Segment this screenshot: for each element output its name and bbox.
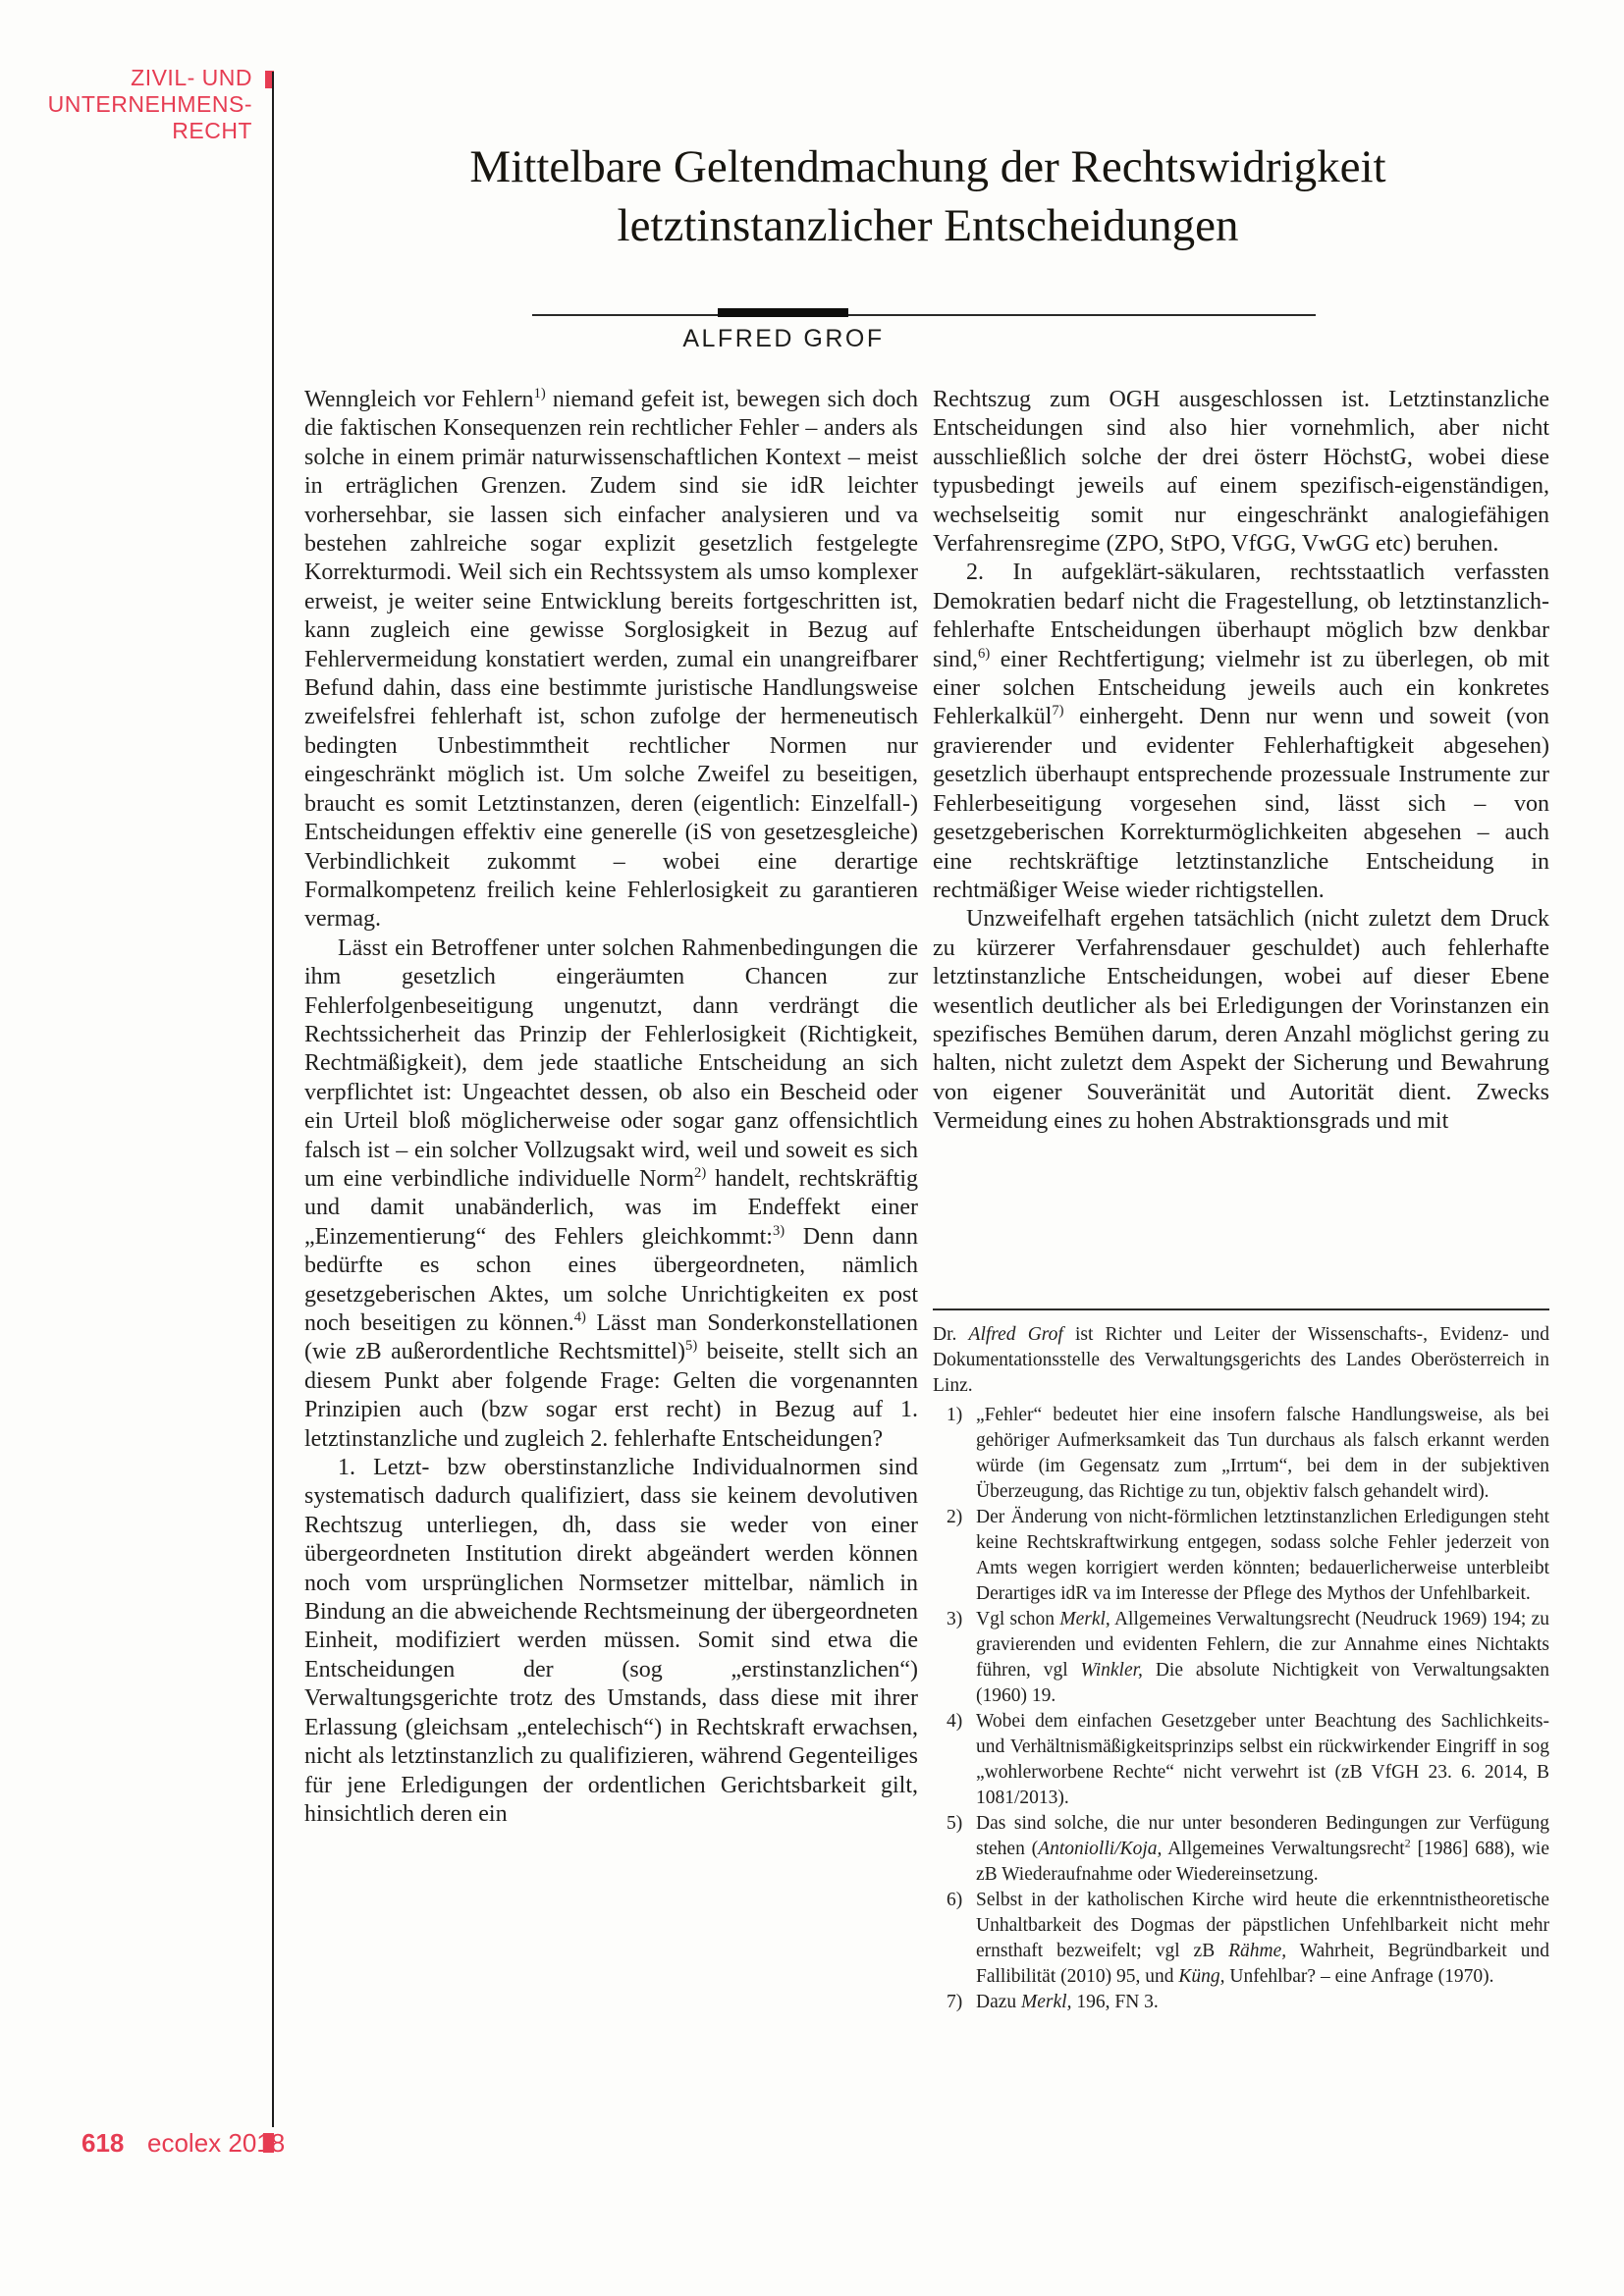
paragraph: 1. Letzt- bzw oberstinstanzliche Individ… [304, 1454, 918, 1829]
footnote: 7)Dazu Merkl, 196, FN 3. [933, 1990, 1549, 2015]
italic-text: Merkl, [1059, 1609, 1110, 1629]
italic-text: Küng, [1178, 1966, 1224, 1987]
footnote-number: 6) [933, 1888, 976, 1913]
text-run: Wobei dem einfachen Gesetzgeber unter Be… [976, 1711, 1549, 1808]
paragraph: Rechtszug zum OGH ausgeschlossen ist. Le… [933, 386, 1549, 559]
italic-text: Winkler, [1081, 1660, 1143, 1681]
text-run: niemand gefeit ist, bewegen sich doch di… [304, 387, 918, 932]
paragraph: Lässt ein Betroffener unter solchen Rahm… [304, 934, 918, 1454]
footnote-rule [933, 1308, 1549, 1310]
paragraph: Unzweifelhaft ergehen tatsächlich (nicht… [933, 905, 1549, 1136]
footnote-list: 1)„Fehler“ bedeutet hier eine insofern f… [933, 1403, 1549, 2015]
text-run: Unfehlbar? – eine Anfrage (1970). [1225, 1966, 1494, 1987]
text-run: Dazu [976, 1992, 1021, 2012]
text-run: Wenngleich vor Fehlern [304, 387, 534, 412]
footnote: 6)Selbst in der katholischen Kirche wird… [933, 1888, 1549, 1990]
footer-red-marker [263, 2133, 274, 2153]
text-run: Dr. [933, 1324, 969, 1345]
section-kicker: ZIVIL- UND UNTERNEHMENS- RECHT [39, 65, 252, 144]
footnote-text: „Fehler“ bedeutet hier eine insofern fal… [976, 1403, 1549, 1505]
author-rule [532, 314, 1316, 316]
text-run: Der Änderung von nicht-förmlichen letzti… [976, 1507, 1549, 1604]
footnote-number: 7) [933, 1990, 976, 2015]
article-title-line: Mittelbare Geltendmachung der Rechtswidr… [304, 137, 1551, 196]
footnote-number: 5) [933, 1811, 976, 1837]
text-run: Vgl schon [976, 1609, 1059, 1629]
author-bio: Dr. Alfred Grof ist Richter und Leiter d… [933, 1322, 1549, 1399]
footnote-text: Wobei dem einfachen Gesetzgeber unter Be… [976, 1709, 1549, 1811]
right-column: Rechtszug zum OGH ausgeschlossen ist. Le… [933, 386, 1549, 1137]
footnote-ref: 1) [534, 386, 546, 401]
footnote-ref: 4) [574, 1309, 586, 1325]
text-run: 196, FN 3. [1071, 1992, 1158, 2012]
text-run: Lässt ein Betroffener unter solchen Rahm… [304, 935, 918, 1192]
italic-text: Merkl, [1021, 1992, 1071, 2012]
text-run: einhergeht. Denn nur wenn und soweit (vo… [933, 704, 1549, 902]
footnote-number: 4) [933, 1709, 976, 1735]
section-label-line: ZIVIL- UND [39, 65, 252, 91]
section-label-line: RECHT [39, 118, 252, 144]
section-label-line: UNTERNEHMENS- [39, 91, 252, 118]
italic-text: Antoniolli/Koja, [1038, 1839, 1162, 1859]
journal-page: ZIVIL- UND UNTERNEHMENS- RECHT Mittelbar… [0, 0, 1624, 2296]
footnote-ref: 7) [1052, 703, 1063, 719]
text-run: Rechtszug zum OGH ausgeschlossen ist. Le… [933, 387, 1549, 557]
footnote: 5)Das sind solche, die nur unter besonde… [933, 1811, 1549, 1888]
column-divider [272, 72, 274, 2127]
paragraph: 2. In aufgeklärt-säkularen, rechtsstaatl… [933, 559, 1549, 905]
author-rule-accent [718, 308, 848, 317]
article-title-line: letztinstanzlicher Entscheidungen [304, 196, 1551, 255]
footnote-number: 2) [933, 1505, 976, 1530]
text-run: „Fehler“ bedeutet hier eine insofern fal… [976, 1405, 1549, 1502]
footnote-text: Dazu Merkl, 196, FN 3. [976, 1990, 1549, 2015]
footnote-ref: 6) [978, 646, 990, 662]
footnote: 3)Vgl schon Merkl, Allgemeines Verwaltun… [933, 1607, 1549, 1709]
left-column: Wenngleich vor Fehlern1) niemand gefeit … [304, 386, 918, 1829]
footnote: 1)„Fehler“ bedeutet hier eine insofern f… [933, 1403, 1549, 1505]
footnotes-block: Dr. Alfred Grof ist Richter und Leiter d… [933, 1308, 1549, 2015]
italic-text: Alfred Grof [969, 1324, 1063, 1345]
italic-text: Rähme, [1228, 1941, 1286, 1961]
footnote: 2)Der Änderung von nicht-förmlichen letz… [933, 1505, 1549, 1607]
footnote-ref: 5) [685, 1338, 697, 1354]
paragraph: Wenngleich vor Fehlern1) niemand gefeit … [304, 386, 918, 934]
footnote-text: Vgl schon Merkl, Allgemeines Verwaltungs… [976, 1607, 1549, 1709]
footnote-ref: 3) [773, 1223, 785, 1239]
article-title: Mittelbare Geltendmachung der Rechtswidr… [304, 137, 1551, 255]
author-name: ALFRED GROF [587, 325, 980, 353]
text-run: 1. Letzt- bzw oberstinstanzliche Individ… [304, 1455, 918, 1827]
text-run: Unzweifelhaft ergehen tatsächlich (nicht… [933, 906, 1549, 1134]
footnote: 4)Wobei dem einfachen Gesetzgeber unter … [933, 1709, 1549, 1811]
footnote-text: Das sind solche, die nur unter besondere… [976, 1811, 1549, 1888]
footnote-number: 3) [933, 1607, 976, 1632]
footnote-text: Der Änderung von nicht-förmlichen letzti… [976, 1505, 1549, 1607]
footnote-text: Selbst in der katholischen Kirche wird h… [976, 1888, 1549, 1990]
footnote-ref: 2) [694, 1165, 706, 1181]
text-run: Allgemeines Verwaltungsrecht [1162, 1839, 1404, 1859]
footnote-number: 1) [933, 1403, 976, 1428]
page-number: 618 [81, 2128, 124, 2159]
